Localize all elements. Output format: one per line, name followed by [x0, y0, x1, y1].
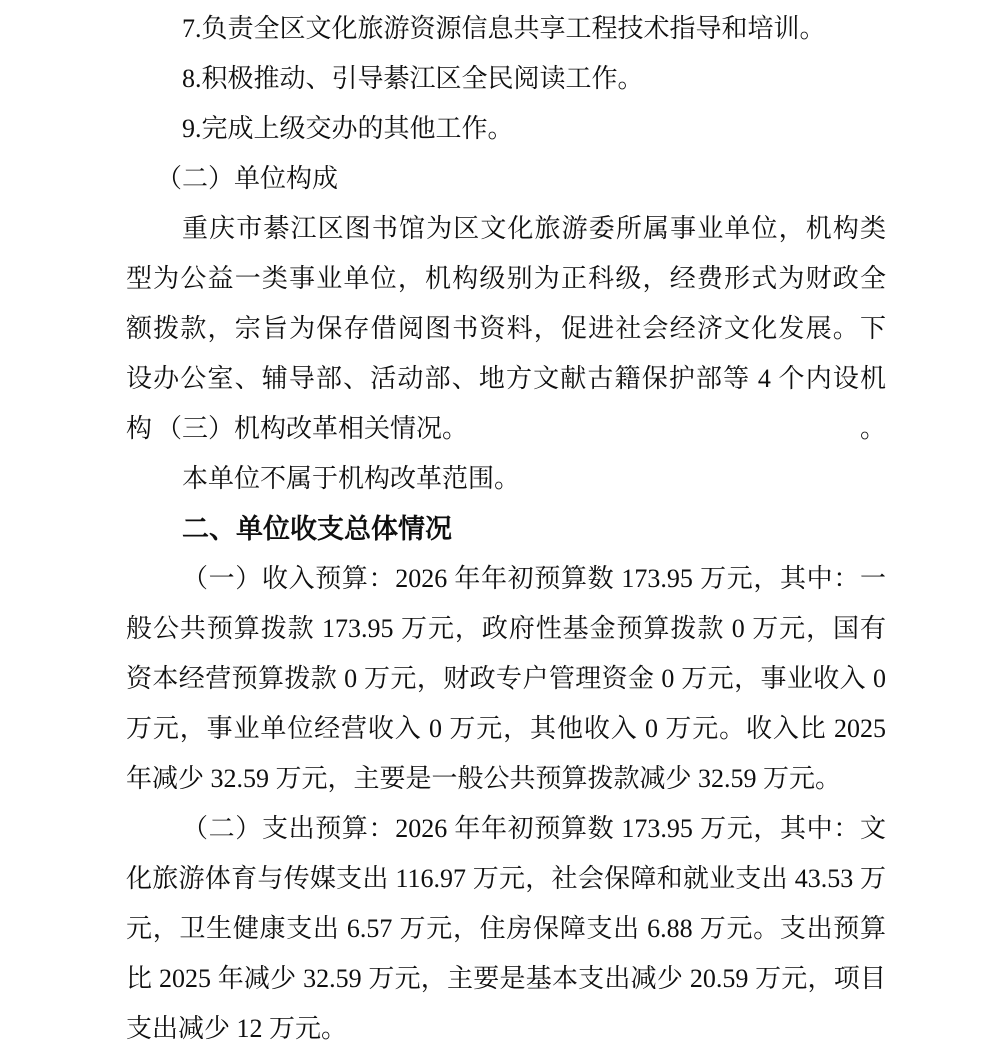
paragraph-expense-budget-line-2: 化旅游体育与传媒支出 116.97 万元，社会保障和就业支出 43.53 万: [126, 854, 886, 904]
paragraph-income-budget-line-3: 资本经营预算拨款 0 万元，财政专户管理资金 0 万元，事业收入 0: [126, 654, 886, 704]
paragraph-expense-budget-line-4: 比 2025 年减少 32.59 万元，主要是基本支出减少 20.59 万元，项…: [126, 954, 886, 1004]
duty-item-8: 8.积极推动、引导綦江区全民阅读工作。: [126, 54, 886, 104]
section-heading-revenue-expenditure-overview: 二、单位收支总体情况: [126, 504, 886, 554]
subheading-unit-composition: （二）单位构成: [126, 154, 886, 204]
paragraph-income-budget-line-4: 万元，事业单位经营收入 0 万元，其他收入 0 万元。收入比 2025: [126, 704, 886, 754]
paragraph-income-budget-line-1: （一）收入预算：2026 年年初预算数 173.95 万元，其中：一: [126, 554, 886, 604]
paragraph-expense-budget-line-3: 元，卫生健康支出 6.57 万元，住房保障支出 6.88 万元。支出预算: [126, 904, 886, 954]
duty-item-9: 9.完成上级交办的其他工作。: [126, 104, 886, 154]
paragraph-expense-budget-line-1: （二）支出预算：2026 年年初预算数 173.95 万元，其中：文: [126, 804, 886, 854]
paragraph-income-budget-line-5: 年减少 32.59 万元，主要是一般公共预算拨款减少 32.59 万元。: [126, 754, 886, 804]
paragraph-income-budget-line-2: 般公共预算拨款 173.95 万元，政府性基金预算拨款 0 万元，国有: [126, 604, 886, 654]
paragraph-unit-composition-line-3: 额拨款，宗旨为保存借阅图书资料，促进社会经济文化发展。下: [126, 304, 886, 354]
paragraph-unit-composition-line-1: 重庆市綦江区图书馆为区文化旅游委所属事业单位，机构类: [126, 204, 886, 254]
paragraph-unit-composition-line-4: 设办公室、辅导部、活动部、地方文献古籍保护部等 4 个内设机构。: [126, 354, 886, 404]
paragraph-expense-budget-line-5: 支出减少 12 万元。: [126, 1004, 886, 1053]
document-page: 7.负责全区文化旅游资源信息共享工程技术指导和培训。 8.积极推动、引导綦江区全…: [0, 0, 1000, 1053]
paragraph-unit-composition-line-2: 型为公益一类事业单位，机构级别为正科级，经费形式为财政全: [126, 254, 886, 304]
paragraph-reform-scope: 本单位不属于机构改革范围。: [126, 454, 886, 504]
duty-item-7: 7.负责全区文化旅游资源信息共享工程技术指导和培训。: [126, 4, 886, 54]
